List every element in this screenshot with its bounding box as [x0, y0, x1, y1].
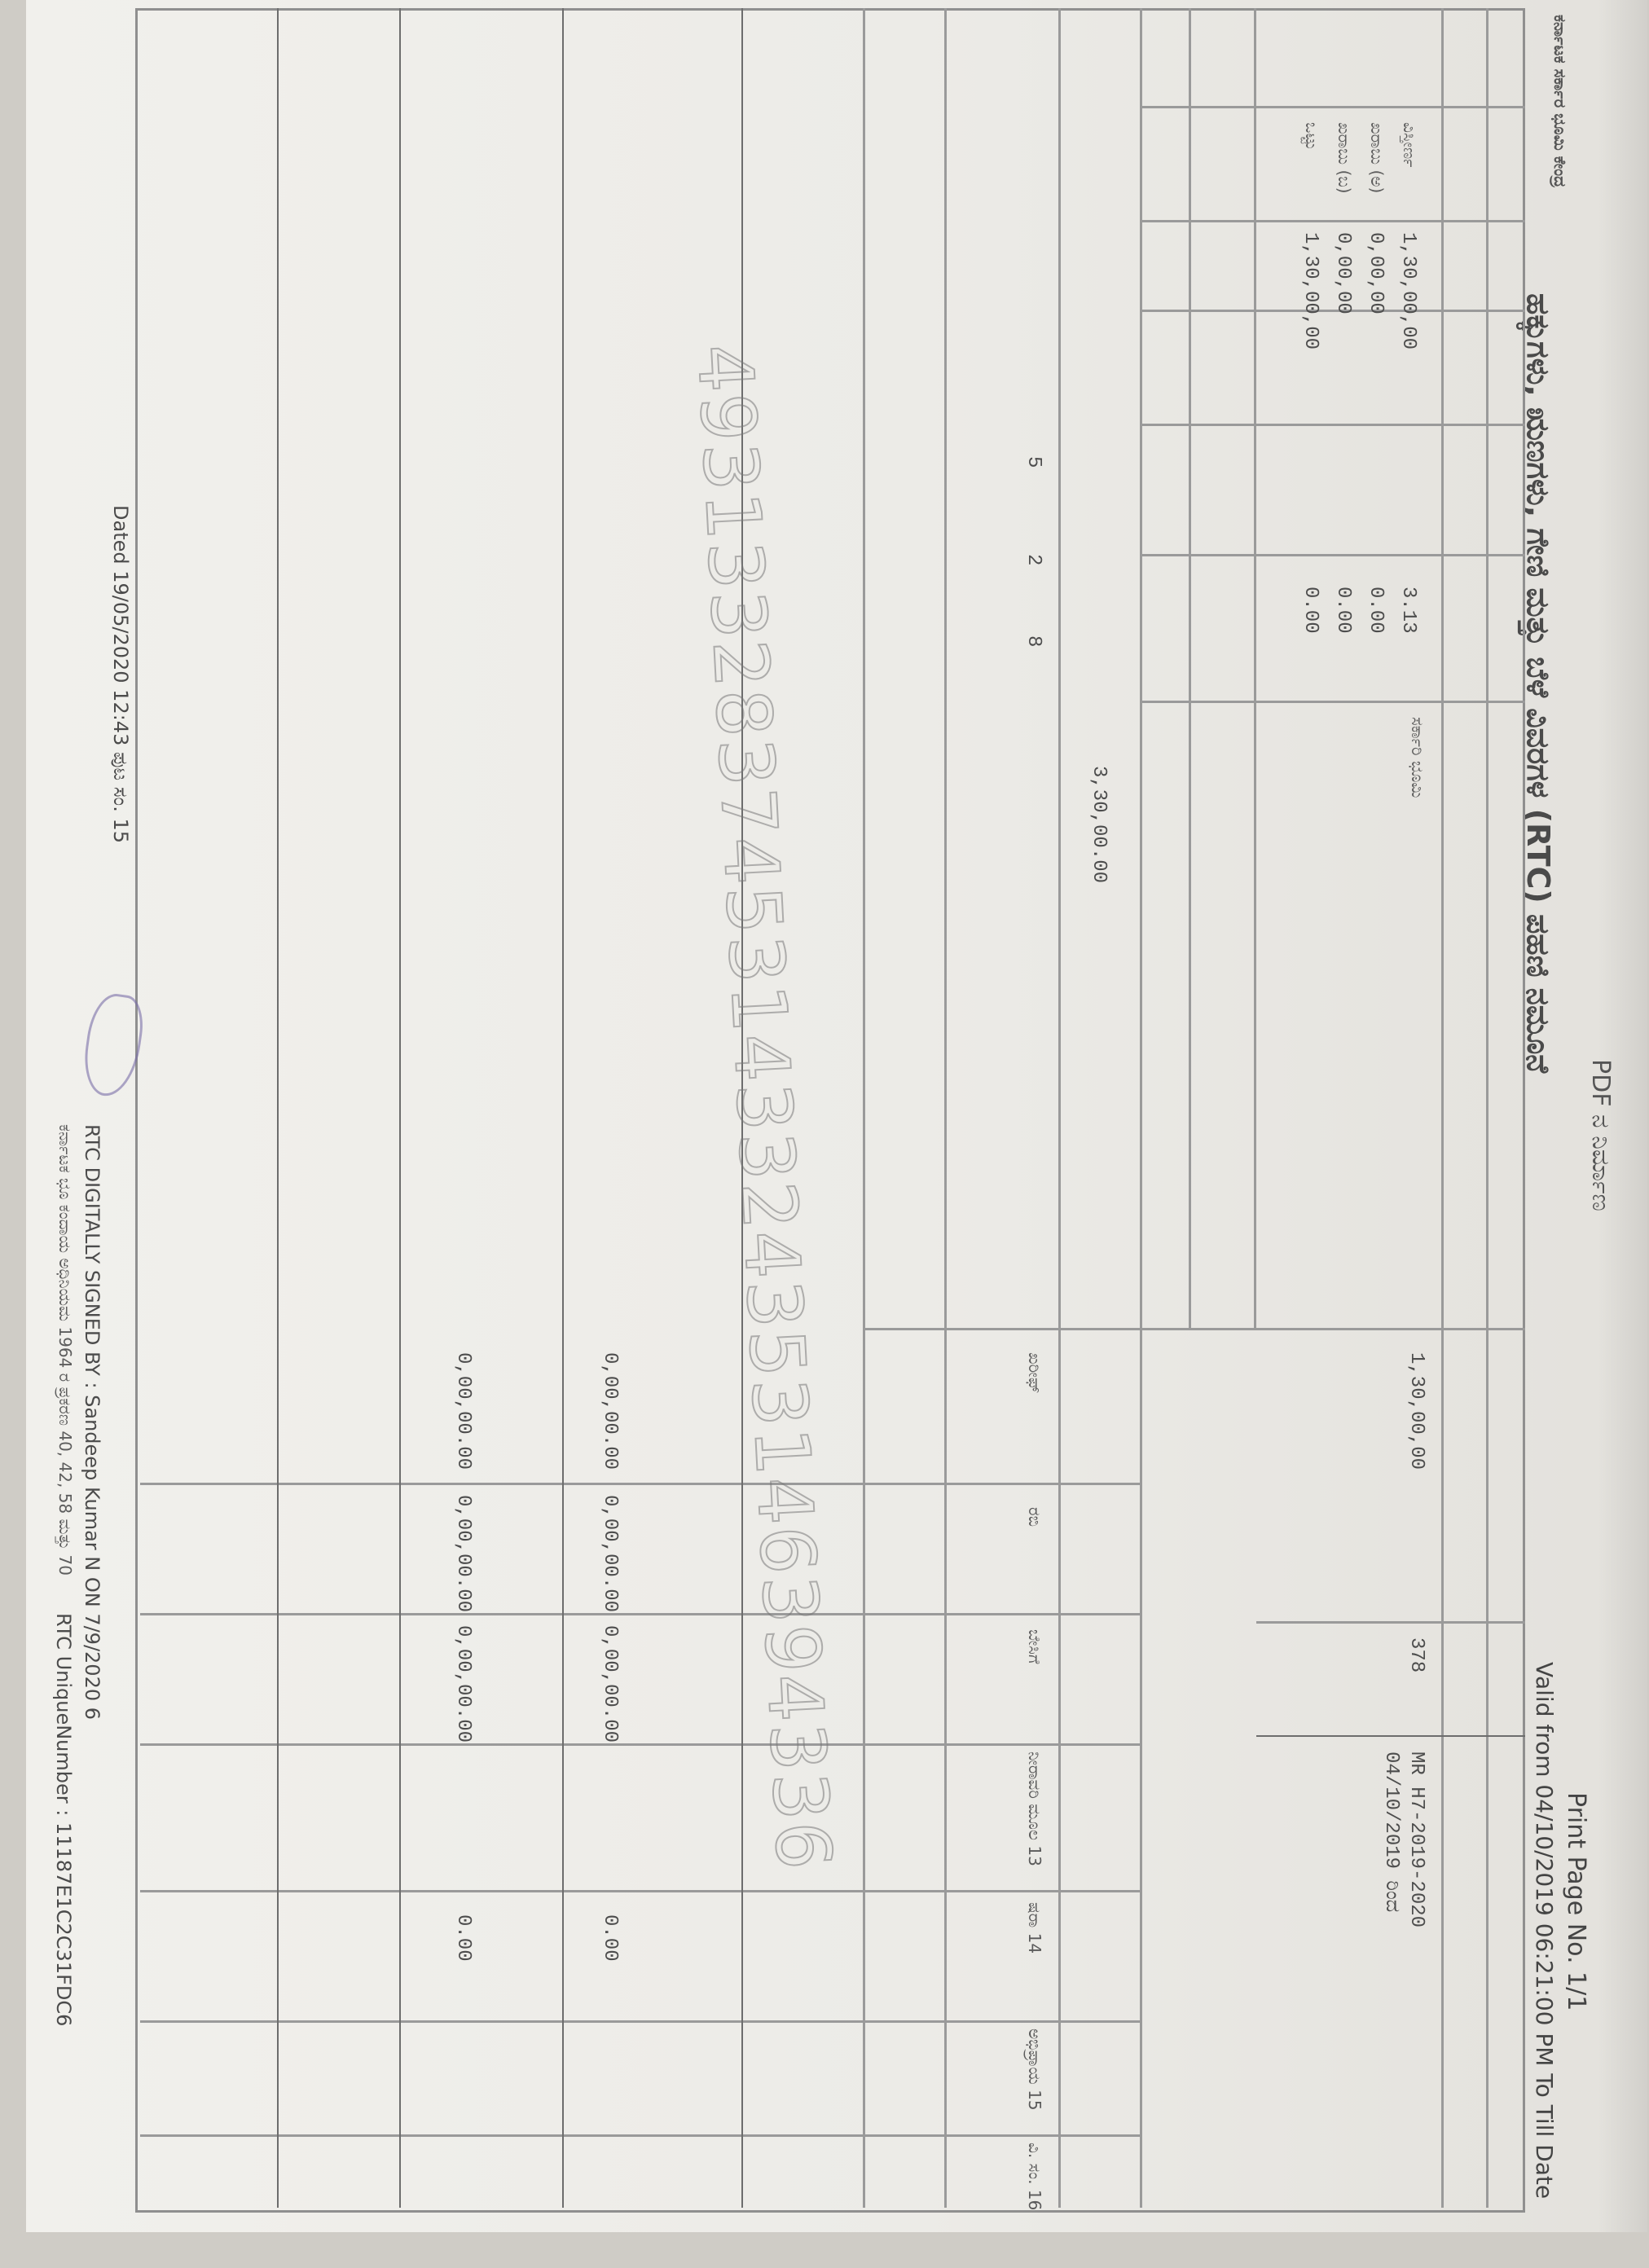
misc-value: 3,30,00.00 [1088, 766, 1110, 883]
divider [140, 1890, 1142, 1892]
divider [1142, 554, 1525, 556]
crop-cell: 0,00,00.00 [452, 1495, 474, 1612]
col-header-11: ರಬಿ [1025, 1507, 1044, 1527]
col-header-15: ಅಭಿಪ್ರಾಯ 15 [1025, 2028, 1044, 2111]
divider [140, 2020, 1142, 2023]
government-header: ಕರ್ನಾಟಕ ಸರ್ಕಾರ ಭೂಮಿ ಕೇಂದ್ರ [1550, 15, 1570, 226]
land-label: ವಿಸ್ತೀರ್ಣ [1400, 122, 1419, 168]
khata-number: 378 [1405, 1637, 1427, 1672]
print-page-number: Print Page No. 1/1 [1562, 1792, 1590, 2011]
divider [1140, 8, 1142, 2208]
col-header-16: ವಿ. ಸಂ. 16 [1025, 2143, 1044, 2210]
divider [1189, 8, 1191, 1328]
rtc-document-sheet: ಕರ್ನಾಟಕ ಸರ್ಕಾರ ಭೂಮಿ ಕೇಂದ್ರ PDF ನ ನಿರ್ಮಾಣ… [26, 0, 1647, 2232]
divider [140, 1743, 1142, 1746]
divider [1142, 106, 1525, 108]
land-label: ಖರಾಬು (ಅ) [1367, 122, 1387, 193]
divider [140, 1483, 1142, 1485]
crop-cell: 0,00,00.00 [599, 1495, 621, 1612]
divider [1441, 8, 1444, 2208]
col-header-12: ಬೇಸಿಗೆ [1025, 1629, 1044, 1664]
crop-cell: 0,00,00.00 [599, 1352, 621, 1470]
mr-date: 04/10/2019 ರಿಂದ [1380, 1752, 1403, 1912]
unique-number: RTC UniqueNumber : 11187E1C2C31FDC6 [52, 1613, 75, 2026]
divider [865, 1328, 1525, 1330]
crop-cell: 0.00 [599, 1914, 621, 1962]
land-value: 0,00,00 [1365, 232, 1387, 314]
signed-by: RTC DIGITALLY SIGNED BY : Sandeep Kumar … [81, 1124, 103, 1720]
divider [1256, 1735, 1525, 1737]
dated-line: Dated 19/05/2020 12:43 ಪುಟ ಸಂ. 15 [109, 505, 132, 843]
land-value: 0,00,00 [1332, 232, 1354, 314]
col-header-10: ಖರೀಫ್ [1025, 1352, 1044, 1393]
divider [1142, 424, 1525, 426]
col-header-14: ಷರಾ 14 [1025, 1902, 1044, 1954]
misc-value: 5 [1022, 456, 1044, 468]
land-label: ಖರಾಬು (ಬ) [1335, 122, 1354, 194]
misc-value: 8 [1022, 635, 1044, 647]
legal-note: ಕರ್ನಾಟಕ ಭೂ ಕಂದಾಯ ಅಧಿನಿಯಮ 1964 ರ ಪ್ರಕರಣ 4… [55, 1124, 75, 1576]
valid-from: Valid from 04/10/2019 06:21:00 PM To Til… [1531, 1662, 1558, 2199]
divider [1256, 1621, 1525, 1624]
divider [277, 8, 279, 2208]
divider [863, 8, 865, 2208]
divider [140, 2134, 1142, 2137]
col-header-13: ನೀರಾವರಿ ಮೂಲ 13 [1025, 1752, 1044, 1866]
acreage-value: 0.00 [1365, 587, 1387, 634]
owner-area: 1,30,00,00 [1405, 1352, 1427, 1470]
land-label: ಒಟ್ಟು [1302, 122, 1321, 150]
divider [1486, 8, 1488, 2208]
mr-number: MR H7-2019-2020 [1405, 1752, 1427, 1927]
divider [140, 1613, 1142, 1615]
divider [1254, 8, 1256, 1328]
divider [1142, 701, 1525, 703]
divider [562, 8, 564, 2208]
land-value: 1,30,00,00 [1397, 232, 1419, 349]
land-value: 1,30,00,00 [1299, 232, 1321, 349]
crop-cell: 0,00,00.00 [452, 1352, 474, 1470]
divider [399, 8, 401, 2208]
header-small: PDF ನ ನಿರ್ಮಾಣ [1586, 1059, 1615, 1211]
divider [1142, 220, 1525, 222]
owner-row-label: ಸರ್ಕಾರಿ ಭೂಮಿ [1408, 717, 1427, 798]
acreage-value: 3.13 [1397, 587, 1419, 634]
crop-cell: 0,00,00.00 [452, 1625, 474, 1743]
divider [944, 8, 947, 2208]
acreage-value: 0.00 [1332, 587, 1354, 634]
divider [1058, 8, 1061, 2208]
acreage-value: 0.00 [1299, 587, 1321, 634]
misc-value: 2 [1022, 554, 1044, 565]
crop-cell: 0.00 [452, 1914, 474, 1962]
crop-cell: 0,00,00.00 [599, 1625, 621, 1743]
